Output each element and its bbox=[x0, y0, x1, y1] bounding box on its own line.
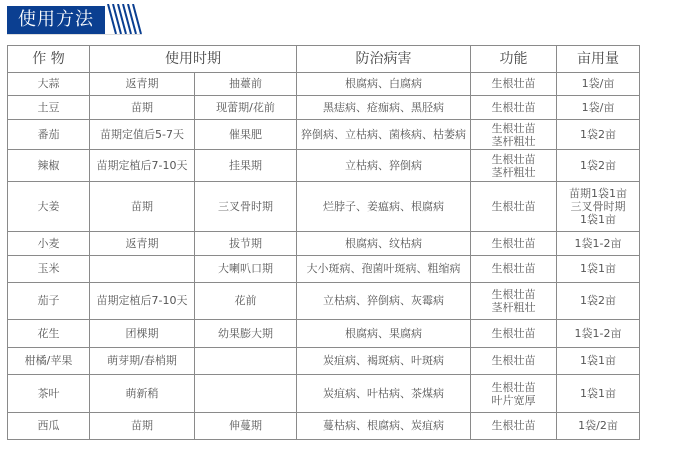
cell-crop: 大蒜 bbox=[8, 73, 90, 96]
cell-function: 生根壮苗 bbox=[471, 182, 557, 232]
cell-disease: 猝倒病、立枯病、菌核病、枯萎病 bbox=[297, 120, 471, 150]
cell-function: 生根壮苗 bbox=[471, 413, 557, 440]
cell-function: 生根壮苗 bbox=[471, 232, 557, 256]
cell-period2: 现蕾期/花前 bbox=[195, 96, 297, 120]
cell-crop: 茄子 bbox=[8, 283, 90, 320]
cell-crop: 大姜 bbox=[8, 182, 90, 232]
cell-crop: 辣椒 bbox=[8, 150, 90, 182]
cell-amount: 1袋2亩 bbox=[557, 283, 640, 320]
table-row: 土豆苗期现蕾期/花前黑痣病、疮痂病、黑胫病生根壮苗1袋/亩 bbox=[8, 96, 640, 120]
cell-disease: 立枯病、猝倒病、灰霉病 bbox=[297, 283, 471, 320]
section-title-bar: 使用方法 bbox=[7, 6, 105, 34]
cell-period2: 伸蔓期 bbox=[195, 413, 297, 440]
table-row: 小麦返青期拔节期根腐病、纹枯病生根壮苗1袋1-2亩 bbox=[8, 232, 640, 256]
cell-function: 生根壮苗 bbox=[471, 320, 557, 348]
cell-function: 生根壮苗 bbox=[471, 348, 557, 375]
cell-disease: 黑痣病、疮痂病、黑胫病 bbox=[297, 96, 471, 120]
header-period: 使用时期 bbox=[90, 46, 297, 73]
cell-period2: 催果肥 bbox=[195, 120, 297, 150]
cell-crop: 小麦 bbox=[8, 232, 90, 256]
cell-period2: 幼果膨大期 bbox=[195, 320, 297, 348]
cell-function: 生根壮苗 bbox=[471, 256, 557, 283]
table-row: 柑橘/苹果萌芽期/春梢期炭疽病、褐斑病、叶斑病生根壮苗1袋1亩 bbox=[8, 348, 640, 375]
cell-disease: 立枯病、猝倒病 bbox=[297, 150, 471, 182]
table-row: 大姜苗期三叉骨时期烂脖子、姜瘟病、根腐病生根壮苗苗期1袋1亩三叉骨时期1袋1亩 bbox=[8, 182, 640, 232]
header-amount: 亩用量 bbox=[557, 46, 640, 73]
cell-period2: 抽薹前 bbox=[195, 73, 297, 96]
table-row: 大蒜返青期抽薹前根腐病、白腐病生根壮苗1袋/亩 bbox=[8, 73, 640, 96]
header-disease: 防治病害 bbox=[297, 46, 471, 73]
cell-crop: 茶叶 bbox=[8, 375, 90, 413]
table-row: 茶叶萌新稍炭疽病、叶枯病、茶煤病生根壮苗叶片宽厚1袋1亩 bbox=[8, 375, 640, 413]
cell-amount: 1袋1亩 bbox=[557, 256, 640, 283]
cell-function: 生根壮苗 bbox=[471, 96, 557, 120]
cell-period2 bbox=[195, 348, 297, 375]
table-header-row: 作 物 使用时期 防治病害 功能 亩用量 bbox=[8, 46, 640, 73]
cell-amount: 1袋1亩 bbox=[557, 375, 640, 413]
cell-function: 生根壮苗 bbox=[471, 73, 557, 96]
cell-amount: 1袋2亩 bbox=[557, 120, 640, 150]
cell-period2: 花前 bbox=[195, 283, 297, 320]
cell-period1: 萌芽期/春梢期 bbox=[90, 348, 195, 375]
cell-amount: 1袋1-2亩 bbox=[557, 232, 640, 256]
cell-period1: 苗期定值后5-7天 bbox=[90, 120, 195, 150]
cell-disease: 蔓枯病、根腐病、炭疽病 bbox=[297, 413, 471, 440]
cell-period2: 大喇叭口期 bbox=[195, 256, 297, 283]
cell-function: 生根壮苗茎杆粗壮 bbox=[471, 120, 557, 150]
cell-period2 bbox=[195, 375, 297, 413]
cell-period1: 苗期 bbox=[90, 96, 195, 120]
cell-amount: 苗期1袋1亩三叉骨时期1袋1亩 bbox=[557, 182, 640, 232]
cell-crop: 柑橘/苹果 bbox=[8, 348, 90, 375]
header-crop: 作 物 bbox=[8, 46, 90, 73]
cell-crop: 西瓜 bbox=[8, 413, 90, 440]
table-row: 花生团棵期幼果膨大期根腐病、果腐病生根壮苗1袋1-2亩 bbox=[8, 320, 640, 348]
cell-amount: 1袋/亩 bbox=[557, 96, 640, 120]
cell-period2: 挂果期 bbox=[195, 150, 297, 182]
cell-period1: 苗期定植后7-10天 bbox=[90, 283, 195, 320]
decorative-stripes-icon bbox=[106, 4, 146, 34]
cell-function: 生根壮苗茎杆粗壮 bbox=[471, 150, 557, 182]
cell-amount: 1袋1亩 bbox=[557, 348, 640, 375]
cell-disease: 大小斑病、孢菌叶斑病、粗缩病 bbox=[297, 256, 471, 283]
cell-period1 bbox=[90, 256, 195, 283]
table-row: 辣椒苗期定植后7-10天挂果期立枯病、猝倒病生根壮苗茎杆粗壮1袋2亩 bbox=[8, 150, 640, 182]
cell-disease: 根腐病、纹枯病 bbox=[297, 232, 471, 256]
cell-period2: 三叉骨时期 bbox=[195, 182, 297, 232]
cell-amount: 1袋/2亩 bbox=[557, 413, 640, 440]
cell-crop: 番茄 bbox=[8, 120, 90, 150]
cell-crop: 玉米 bbox=[8, 256, 90, 283]
cell-amount: 1袋1-2亩 bbox=[557, 320, 640, 348]
table-row: 玉米大喇叭口期大小斑病、孢菌叶斑病、粗缩病生根壮苗1袋1亩 bbox=[8, 256, 640, 283]
usage-table: 作 物 使用时期 防治病害 功能 亩用量 大蒜返青期抽薹前根腐病、白腐病生根壮苗… bbox=[7, 45, 640, 440]
cell-disease: 烂脖子、姜瘟病、根腐病 bbox=[297, 182, 471, 232]
cell-period1: 团棵期 bbox=[90, 320, 195, 348]
cell-period1: 苗期 bbox=[90, 413, 195, 440]
cell-crop: 土豆 bbox=[8, 96, 90, 120]
table-row: 番茄苗期定值后5-7天催果肥猝倒病、立枯病、菌核病、枯萎病生根壮苗茎杆粗壮1袋2… bbox=[8, 120, 640, 150]
cell-disease: 炭疽病、褐斑病、叶斑病 bbox=[297, 348, 471, 375]
cell-function: 生根壮苗茎杆粗壮 bbox=[471, 283, 557, 320]
cell-function: 生根壮苗叶片宽厚 bbox=[471, 375, 557, 413]
cell-disease: 根腐病、果腐病 bbox=[297, 320, 471, 348]
cell-period1: 返青期 bbox=[90, 73, 195, 96]
table-row: 茄子苗期定植后7-10天花前立枯病、猝倒病、灰霉病生根壮苗茎杆粗壮1袋2亩 bbox=[8, 283, 640, 320]
cell-period1: 苗期定植后7-10天 bbox=[90, 150, 195, 182]
cell-disease: 炭疽病、叶枯病、茶煤病 bbox=[297, 375, 471, 413]
section-title: 使用方法 bbox=[18, 9, 94, 31]
cell-period2: 拔节期 bbox=[195, 232, 297, 256]
cell-period1: 返青期 bbox=[90, 232, 195, 256]
cell-period1: 萌新稍 bbox=[90, 375, 195, 413]
cell-period1: 苗期 bbox=[90, 182, 195, 232]
table-row: 西瓜苗期伸蔓期蔓枯病、根腐病、炭疽病生根壮苗1袋/2亩 bbox=[8, 413, 640, 440]
header-function: 功能 bbox=[471, 46, 557, 73]
cell-crop: 花生 bbox=[8, 320, 90, 348]
title-divider bbox=[7, 34, 142, 35]
cell-disease: 根腐病、白腐病 bbox=[297, 73, 471, 96]
cell-amount: 1袋/亩 bbox=[557, 73, 640, 96]
cell-amount: 1袋2亩 bbox=[557, 150, 640, 182]
